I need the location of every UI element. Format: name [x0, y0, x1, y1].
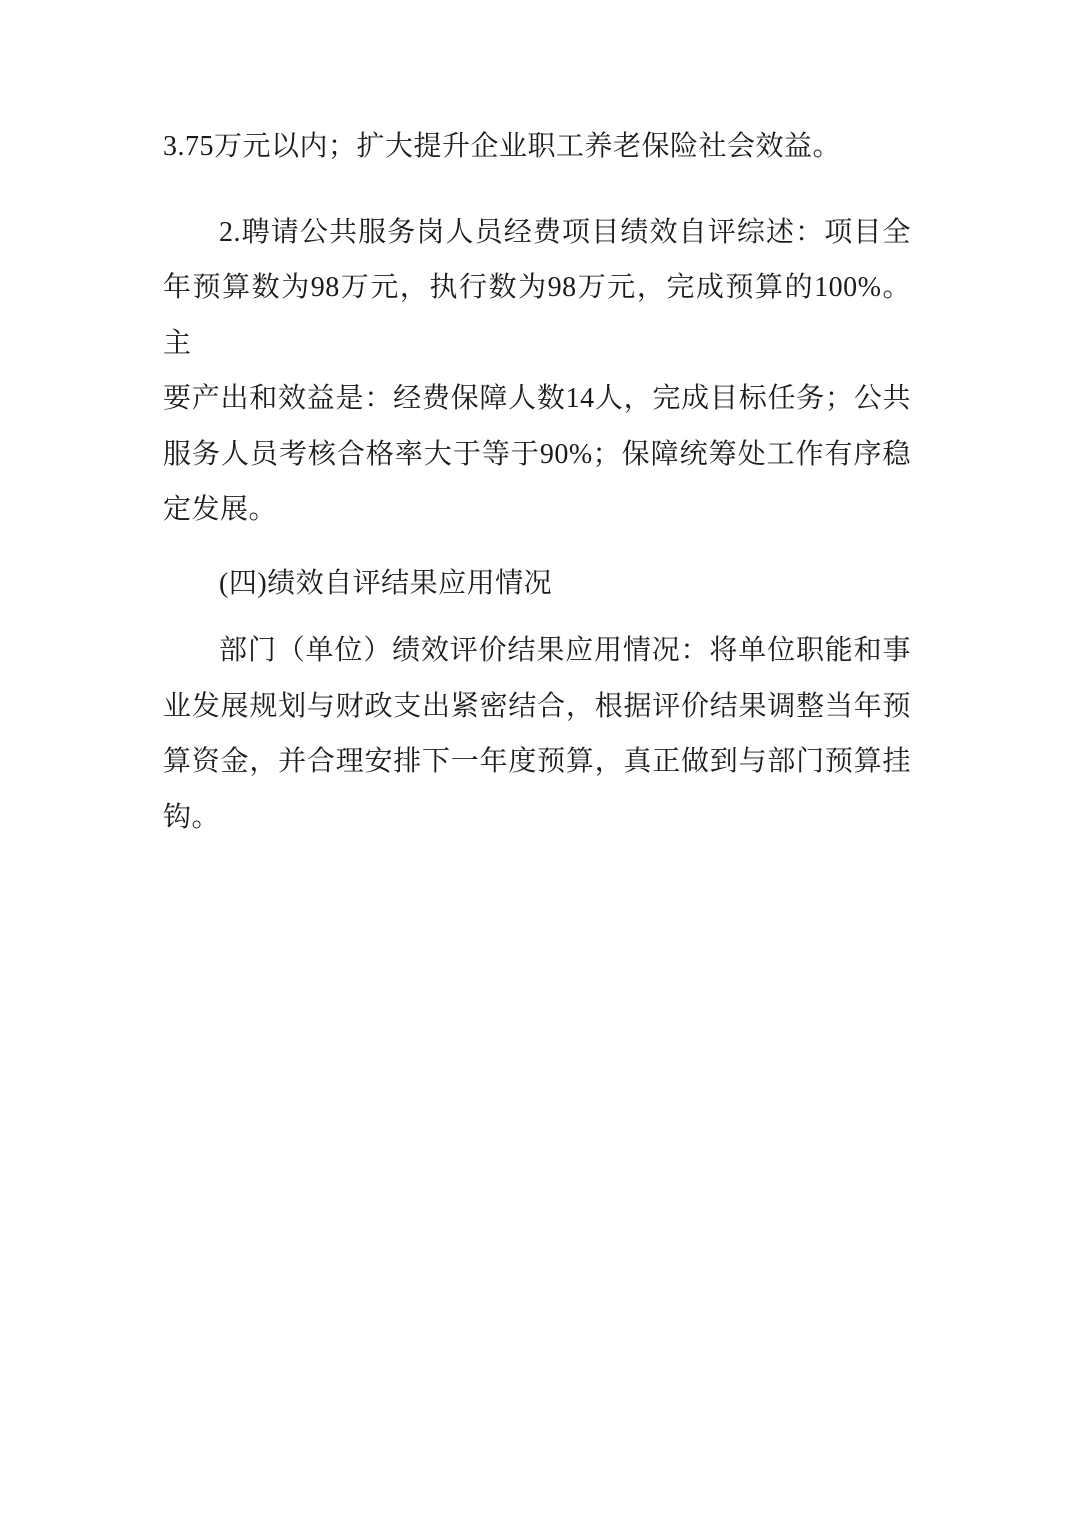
text-line: 要产出和效益是：经费保障人数14人，完成目标任务；公共	[163, 371, 911, 427]
section-heading: (四)绩效自评结果应用情况	[163, 556, 911, 612]
text-line: 3.75万元以内；扩大提升企业职工养老保险社会效益。	[163, 119, 911, 175]
text-line: 部门（单位）绩效评价结果应用情况：将单位职能和事	[163, 623, 911, 679]
paragraph-carryover: 3.75万元以内；扩大提升企业职工养老保险社会效益。	[163, 119, 911, 175]
paragraph-application: 部门（单位）绩效评价结果应用情况：将单位职能和事 业发展规划与财政支出紧密结合，…	[163, 623, 911, 845]
document-body: 3.75万元以内；扩大提升企业职工养老保险社会效益。 2.聘请公共服务岗人员经费…	[163, 119, 911, 845]
text-line: 定发展。	[163, 482, 911, 538]
text-line: 服务人员考核合格率大于等于90%；保障统筹处工作有序稳	[163, 427, 911, 483]
text-line: 算资金，并合理安排下一年度预算，真正做到与部门预算挂	[163, 734, 911, 790]
text-line: 钩。	[163, 790, 911, 846]
text-line: 业发展规划与财政支出紧密结合，根据评价结果调整当年预	[163, 679, 911, 735]
text-line: 2.聘请公共服务岗人员经费项目绩效自评综述：项目全	[163, 205, 911, 261]
text-line: 年预算数为98万元，执行数为98万元，完成预算的100%。主	[163, 260, 911, 371]
paragraph-item2: 2.聘请公共服务岗人员经费项目绩效自评综述：项目全 年预算数为98万元，执行数为…	[163, 205, 911, 538]
section-heading-block: (四)绩效自评结果应用情况	[163, 556, 911, 612]
document-page: 3.75万元以内；扩大提升企业职工养老保险社会效益。 2.聘请公共服务岗人员经费…	[0, 0, 1074, 1520]
